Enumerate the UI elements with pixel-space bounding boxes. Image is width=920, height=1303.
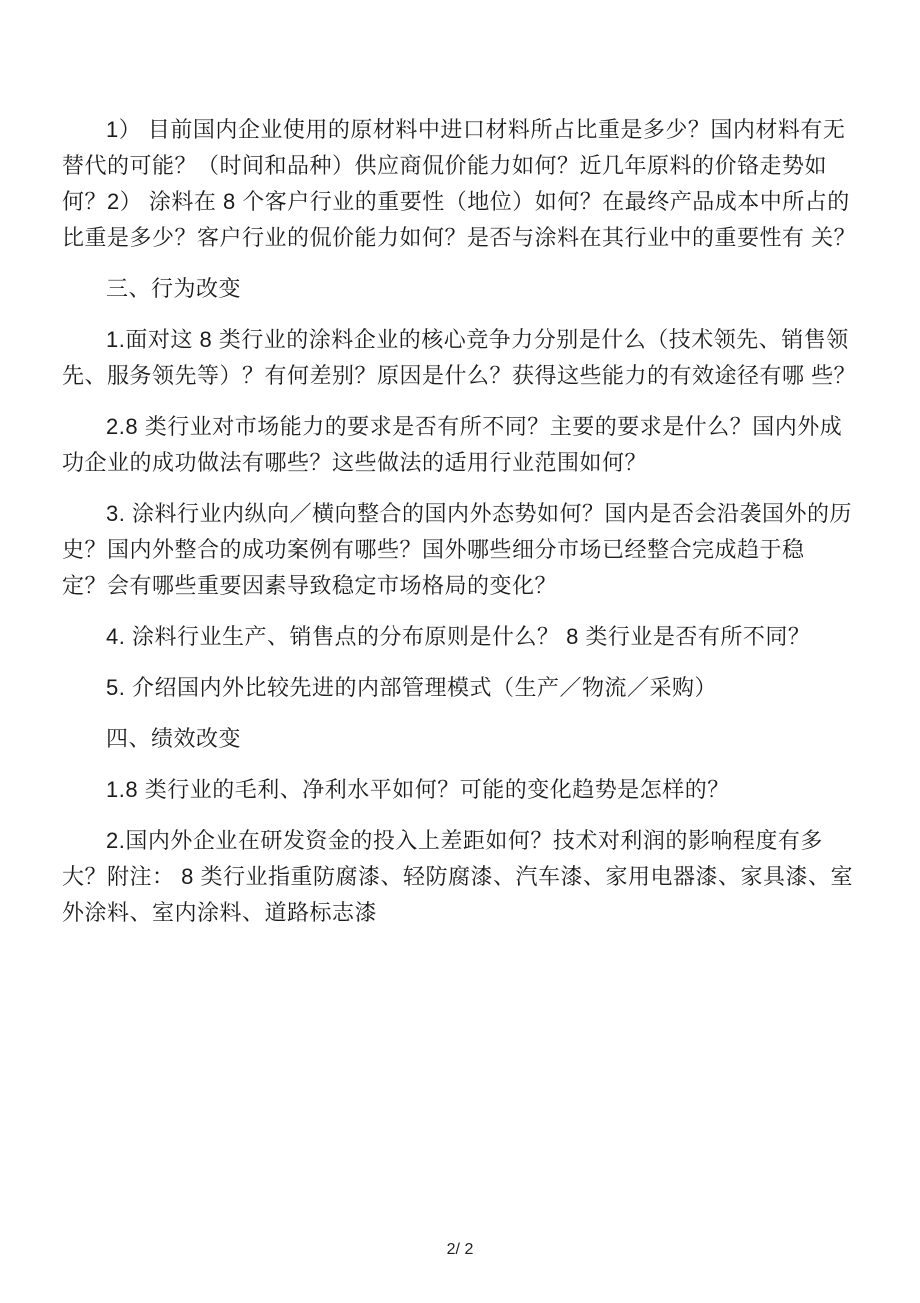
paragraph-behavior-q2: 2.8 类行业对市场能力的要求是否有所不同？主要的要求是什么？国内外成 功企业的… (62, 409, 882, 481)
paragraph-questions-1-2: 1） 目前国内企业使用的原材料中进口材料所占比重是多少？国内材料有无 替代的可能… (62, 112, 882, 256)
paragraph-performance-q2-and-note: 2.国内外企业在研发资金的投入上差距如何？技术对利润的影响程度有多 大？附注： … (62, 823, 882, 931)
section-heading-behavior-change: 三、行为改变 (62, 271, 882, 307)
section-heading-performance-change: 四、绩效改变 (62, 721, 882, 757)
document-page: 1） 目前国内企业使用的原材料中进口材料所占比重是多少？国内材料有无 替代的可能… (0, 0, 920, 1303)
paragraph-behavior-q1: 1.面对这 8 类行业的涂料企业的核心竞争力分别是什么（技术领先、销售领 先、服… (62, 322, 882, 394)
page-number: 2/ 2 (0, 1240, 920, 1260)
paragraph-behavior-q3: 3. 涂料行业内纵向／横向整合的国内外态势如何？国内是否会沿袭国外的历 史？国内… (62, 496, 882, 604)
document-content: 1） 目前国内企业使用的原材料中进口材料所占比重是多少？国内材料有无 替代的可能… (62, 112, 882, 946)
paragraph-behavior-q4: 4. 涂料行业生产、销售点的分布原则是什么？ 8 类行业是否有所不同？ (62, 619, 882, 655)
paragraph-behavior-q5: 5. 介绍国内外比较先进的内部管理模式（生产／物流／采购） (62, 670, 882, 706)
paragraph-performance-q1: 1.8 类行业的毛利、净利水平如何？可能的变化趋势是怎样的？ (62, 772, 882, 808)
